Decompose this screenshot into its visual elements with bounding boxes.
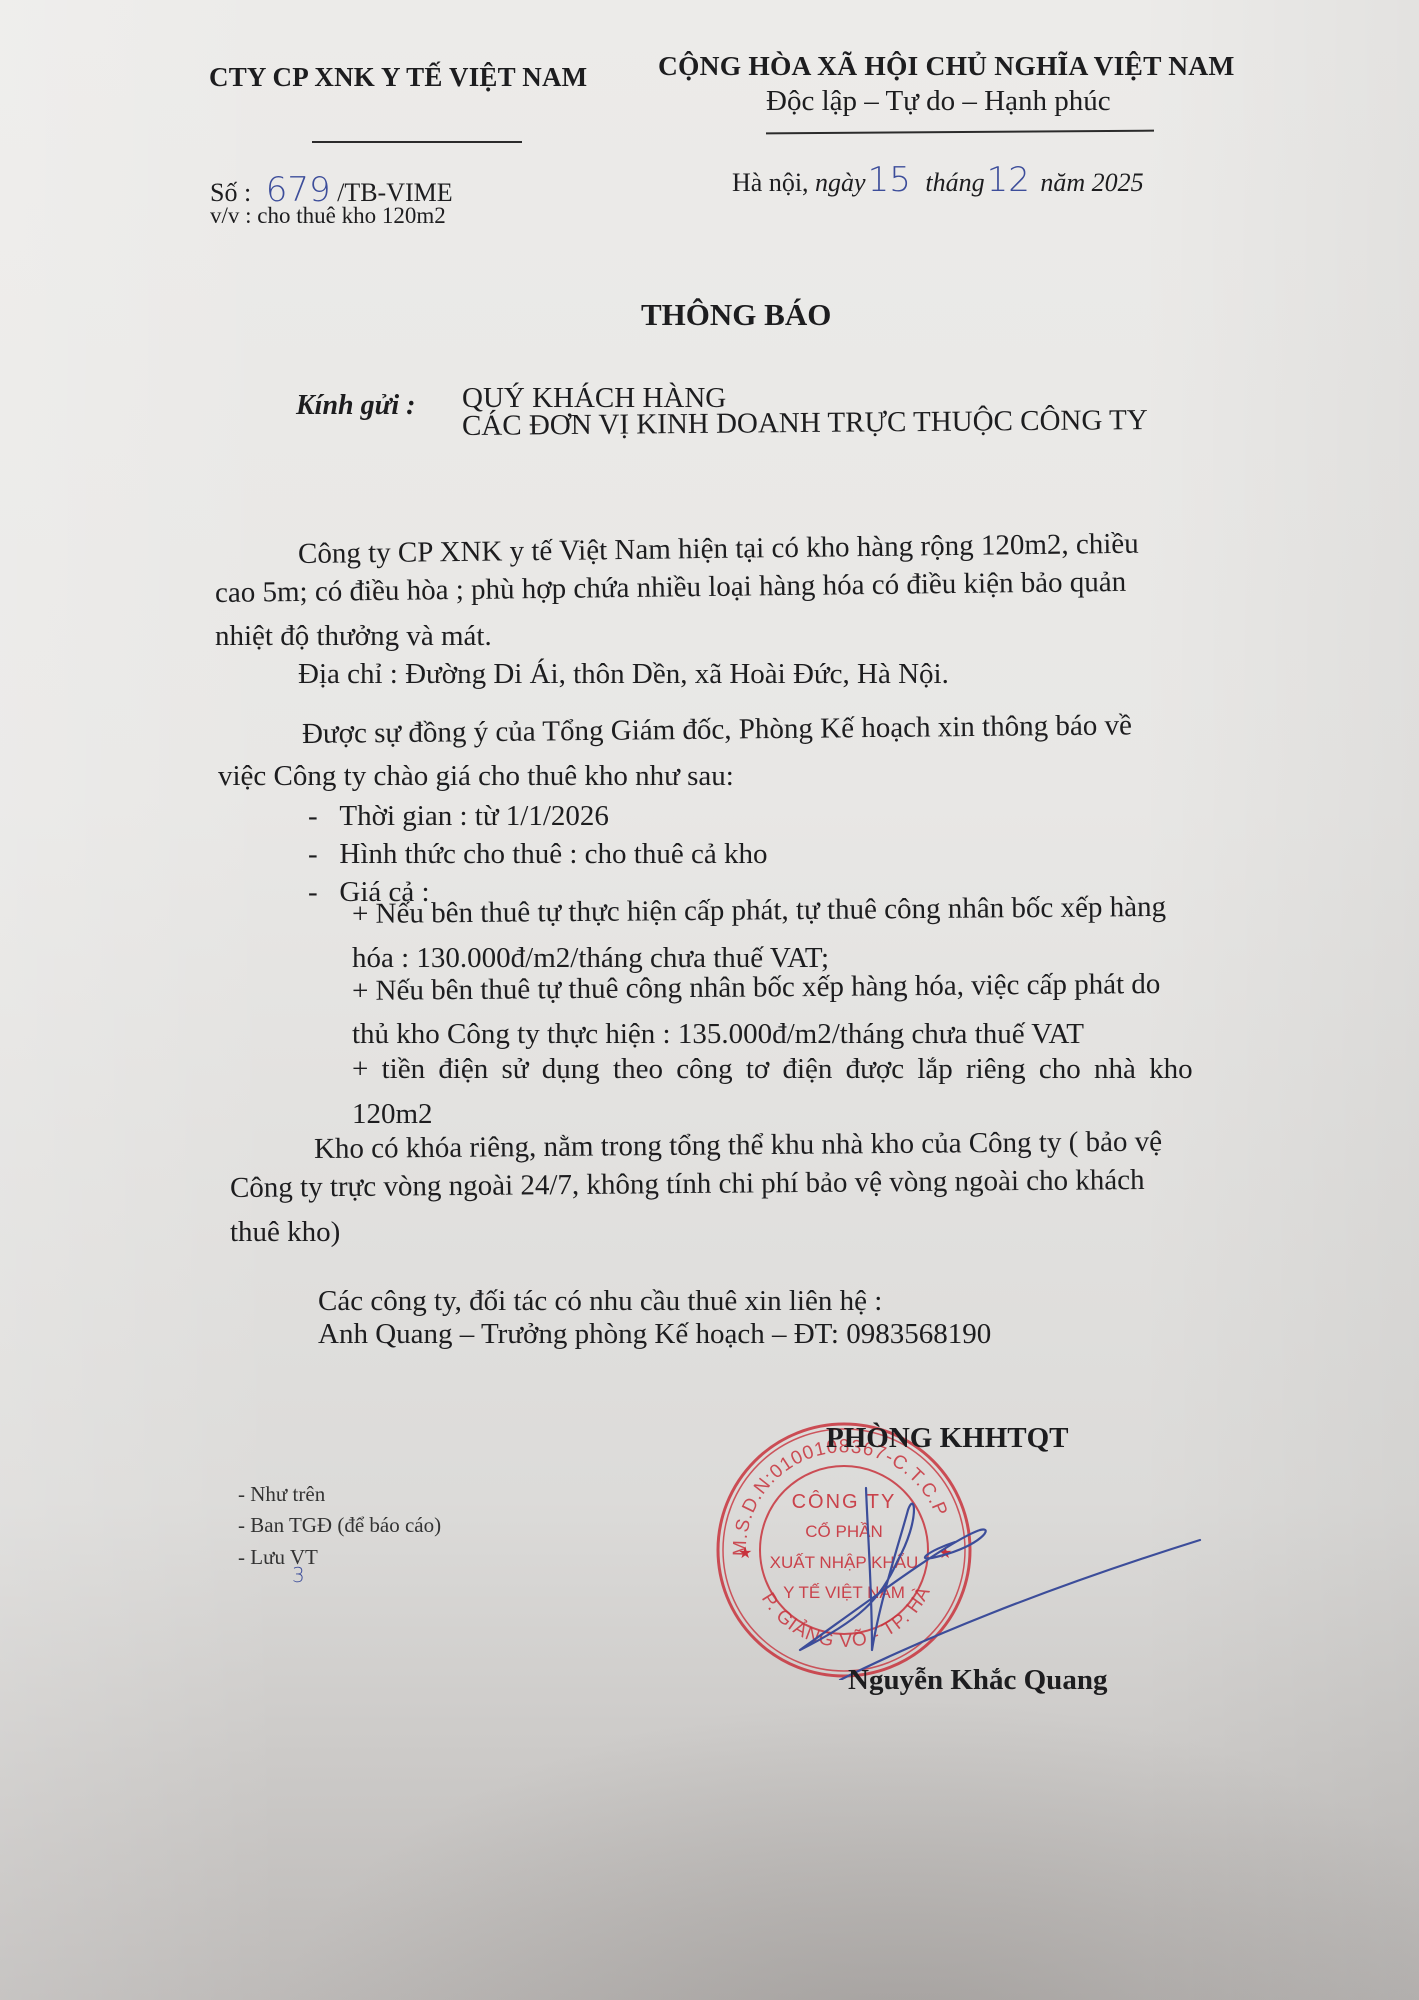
distribution-item-1: - Như trên (238, 1482, 325, 1507)
country-name: CỘNG HÒA XÃ HỘI CHỦ NGHĨA VIỆT NAM (658, 50, 1234, 82)
security-line-3: thuê kho) (230, 1216, 340, 1249)
date-day: 15 (868, 160, 911, 200)
signer-name: Nguyễn Khắc Quang (848, 1664, 1107, 1697)
recipient-label: Kính gửi : (296, 390, 415, 422)
intro-line-3: nhiệt độ thưởng và mát. (215, 620, 492, 653)
price-line-2: hóa : 130.000đ/m2/tháng chưa thuế VAT; (352, 942, 829, 975)
price-line-6: 120m2 (352, 1098, 433, 1131)
date-place: Hà nội, (732, 168, 809, 197)
contact-line-1: Các công ty, đối tác có nhu cầu thuê xin… (318, 1285, 882, 1318)
intro-line-2: cao 5m; có điều hòa ; phù hợp chứa nhiều… (215, 566, 1127, 610)
price-line-3: + Nếu bên thuê tự thuê công nhân bốc xếp… (352, 968, 1161, 1008)
bullet-rental-form-text: Hình thức cho thuê : cho thuê cả kho (339, 838, 767, 870)
handwritten-signature-icon (780, 1480, 1220, 1680)
date-day-label: ngày (815, 168, 866, 197)
intro-line-1: Công ty CP XNK y tế Việt Nam hiện tại có… (298, 528, 1139, 571)
motto: Độc lập – Tự do – Hạnh phúc (766, 85, 1111, 118)
bullet-time-text: Thời gian : từ 1/1/2026 (339, 800, 608, 832)
subject-line: v/v : cho thuê kho 120m2 (210, 203, 446, 229)
company-name: CTY CP XNK Y TẾ VIỆT NAM (209, 62, 587, 93)
date-month-label: tháng (925, 168, 984, 197)
recipient-line-2: CÁC ĐƠN VỊ KINH DOANH TRỰC THUỘC CÔNG TY (462, 404, 1148, 443)
document-title: THÔNG BÁO (641, 297, 831, 333)
bullet-rental-form: - Hình thức cho thuê : cho thuê cả kho (308, 838, 767, 871)
price-line-4: thủ kho Công ty thực hiện : 135.000đ/m2/… (352, 1018, 1084, 1051)
address-line: Địa chỉ : Đường Di Ái, thôn Dền, xã Hoài… (298, 658, 949, 691)
approval-line-1: Được sự đồng ý của Tổng Giám đốc, Phòng … (302, 709, 1132, 751)
motto-underline (766, 130, 1154, 135)
security-line-1: Kho có khóa riêng, nằm trong tổng thể kh… (314, 1126, 1162, 1166)
date-year: năm 2025 (1040, 168, 1143, 197)
distribution-item-3: - Lưu VT (238, 1545, 318, 1570)
signature-department: PHÒNG KHHTQT (826, 1422, 1069, 1455)
contact-line-2: Anh Quang – Trưởng phòng Kế hoạch – ĐT: … (318, 1318, 991, 1351)
distribution-item-2: - Ban TGĐ (để báo cáo) (238, 1513, 441, 1538)
date-line: Hà nội, ngày15 tháng12 năm 2025 (732, 160, 1144, 200)
approval-line-2: việc Công ty chào giá cho thuê kho như s… (218, 760, 734, 793)
company-underline (312, 141, 522, 143)
price-line-1: + Nếu bên thuê tự thực hiện cấp phát, tự… (352, 891, 1166, 931)
svg-text:★: ★ (738, 1543, 752, 1562)
security-line-2: Công ty trực vòng ngoài 24/7, không tính… (230, 1164, 1145, 1205)
price-line-5: + tiền điện sử dụng theo công tơ điện đư… (352, 1053, 1193, 1086)
distribution-count-handwritten: 3 (292, 1563, 305, 1587)
date-month: 12 (987, 160, 1030, 200)
bullet-time: - Thời gian : từ 1/1/2026 (308, 800, 609, 833)
